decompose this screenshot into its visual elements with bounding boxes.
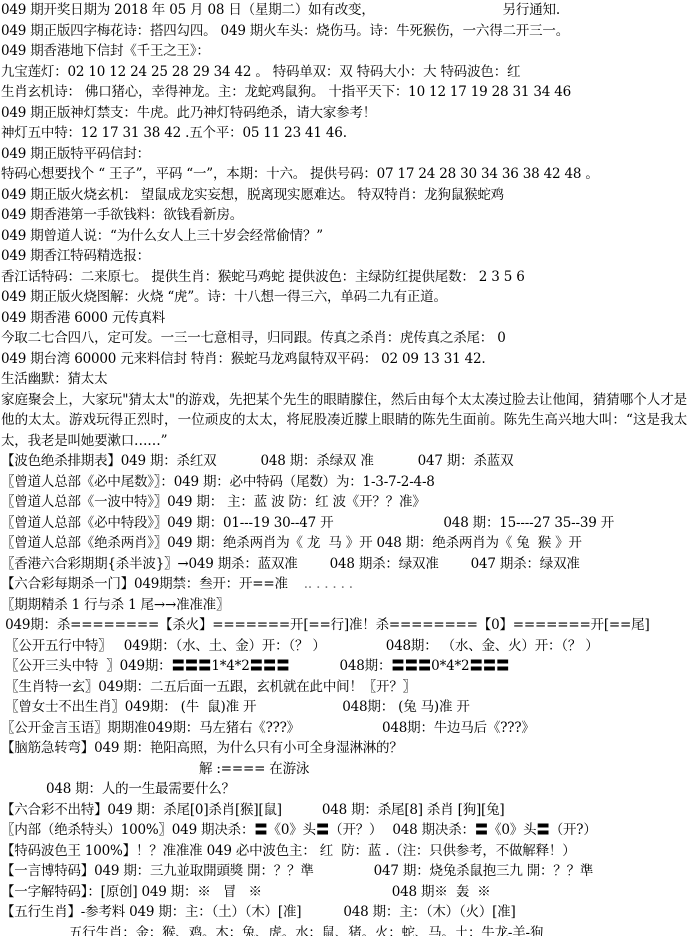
kill-one-door-line: 【六合彩每期杀一门】049期禁：叁开：开==准.. . . . . . [1,574,688,595]
three-heads-line: 〖公开三头中特 〗049期：〓〓〓1*4*2〓〓〓048期：〓〓〓0*4*2〓〓… [1,656,688,677]
inner-kill-049: 〖内部（绝杀特头）100%〗049 期决杀：〓《0》头〓（开？） [1,822,382,838]
one-wave-line: 〖曾道人总部《一波中特》〗049 期： 主：蓝 波 防：红 波《开？？准》 [1,492,688,513]
xiangjiang-title: 049 期香江特码精选报： [1,246,688,267]
joke-paragraph: 家庭聚会上，大家玩"猜太太"的游戏，先把某个先生的眼睛朦住，然后由每个太太凑过脸… [1,390,687,452]
brain-teaser-line: 【脑筋急转弯】049 期：艳阳高照，为什么只有小可全身湿淋淋的？ [1,738,688,759]
fax-line: 今取二七合四八，定可发。一三一七意相寻，归同跟。传真之杀肖：虎传真之杀尾： 0 [1,328,688,349]
one-char-049: 【一字解特码】：[原创] 049 期：※ 冒 ※ [1,884,262,900]
special-envelope-title: 049 期正版特平码信封： [1,144,688,165]
no-special-line: 【六合彩不出特】049 期：杀尾[0]杀肖[猴][鼠]048 期：杀尾[8] 杀… [1,800,688,821]
madam-zeng-048: 048期： (兔 马)准 开 [342,699,469,715]
draw-date-line: 049 期开奖日期为 2018 年 05 月 08 日（星期二）如有改变，另行通… [1,0,688,21]
special-segment-line: 〖曾道人总部《必中特段》〗049 期：01---19 30--47 开048 期… [1,513,688,534]
zodiac-mystery-line: 〖生肖特一玄〗049期：二五后面一五跟，玄机就在此中间！〖开？〗 [1,677,688,698]
one-word-047: 047 期：烧兔杀鼠抱三九 開：？？準 [374,863,594,879]
golden-words-049: 〖公开金言玉语〗期期准049期：马左猪右《???》 [1,720,300,736]
priest-says-line: 049 期曾道人说：“为什么女人上三十岁会经常偷情？” [1,226,688,247]
five-zodiac-legend: 五行生肖：金：猴、鸡。木：兔、虎。水：鼠、猪。火：蛇、马。土：牛龙-羊-狗 [1,923,688,936]
tail-number-line: 〖曾道人总部《必中尾数》〗：049 期：必中特码（尾数）为：1-3-7-2-4-… [1,472,688,493]
lottery-forecast-document: 049 期开奖日期为 2018 年 05 月 08 日（星期二）如有改变，另行通… [0,0,688,936]
inner-kill-048: 048 期决杀：〓《0》头〓（开?） [392,822,596,838]
fire-mystery-line: 049 期正版火烧玄机： 望鼠成龙实妄想，脱离现实愿难达。 特双特肖：龙狗鼠猴蛇… [1,185,688,206]
golden-words-048: 048期：牛边马后《???》 [382,720,535,736]
zodiac-poem-line: 生肖玄机诗： 佛口猪心，幸得神龙。主：龙蛇鸡鼠狗。 十指平天下：10 12 17… [1,82,688,103]
five-elements-049: 〖公开五行中特〗 049期：（水、土、金）开：（？ ） [1,638,326,654]
five-elements-048: 048期： （水、金、火）开：（？ ） [386,638,599,654]
draw-date-text: 049 期开奖日期为 2018 年 05 月 08 日（星期二）如有改变， [1,2,375,18]
madam-zeng-049: 〖曾女士不出生肖〗049期： (牛 鼠)准 开 [1,699,256,715]
wave-kill-048: 048 期：杀绿双 准 [260,453,373,469]
five-elements-line: 〖公开五行中特〗 049期：（水、土、金）开：（？ ）048期： （水、金、火）… [1,636,688,657]
hk-envelope-title: 049 期香港地下信封《千王之王》： [1,41,688,62]
xiangjiang-line: 香江话特码：二来原七。 提供生肖：猴蛇马鸡蛇 提供波色：主绿防红提供尾数： 2 … [1,267,688,288]
first-hand-line: 049 期香港第一手欲钱料：欲钱看新房。 [1,205,688,226]
lamp-five-line: 神灯五中特：12 17 31 38 42 .五个平：05 11 23 41 46… [1,123,688,144]
one-char-048: 048 期※ 轰 ※ [392,884,491,900]
half-wave-048: 048 期杀：绿双准 [330,556,439,572]
kill-door-text: 【六合彩每期杀一门】049期禁：叁开：开==准 [1,576,288,592]
golden-words-line: 〖公开金言玉语〗期期准049期：马左猪右《???》048期：牛边马后《???》 [1,718,688,739]
half-wave-049: 〖香港六合彩期期{杀半波}〗→049 期杀：蓝双准 [1,556,298,572]
five-zodiac-line: 【五行生肖】-参考料 049 期：主：（土）（木）[准]048 期：主：（木）（… [1,902,688,923]
wave-kill-049: 【波色绝杀排期表】049 期：杀红双 [1,453,216,469]
wave-kill-047: 047 期：杀蓝双 [418,453,514,469]
one-word-line: 【一言博特码】049 期：三九並取開頭獎 開：？？準047 期：烧兔杀鼠抱三九 … [1,861,688,882]
plum-poem-line: 049 期正版四字梅花诗：搭四勾四。 049 期火车头：烧伤马。诗：牛死猴伤，一… [1,21,688,42]
wave-king-line: 【特码波色王 100%】！？准准准 049 必中波色主： 红 防：蓝 .（注：只… [1,841,688,862]
segment-048: 048 期：15----27 35--39 开 [443,515,614,531]
dots: .. . . . . . [304,576,353,592]
kill-fire-line: 049期：杀========【杀火】=======开[==行]准！杀======… [1,615,688,636]
no-special-049: 【六合彩不出特】049 期：杀尾[0]杀肖[猴][鼠] [1,802,282,818]
madam-zeng-line: 〖曾女士不出生肖〗049期： (牛 鼠)准 开048期： (兔 马)准 开 [1,697,688,718]
kill-row-tail-title: 〖期期精杀 1 行与杀 1 尾→→准准准〗 [1,595,688,616]
humor-title: 生活幽默：猜太太 [1,369,688,390]
one-word-049: 【一言博特码】049 期：三九並取開頭獎 開：？？準 [1,863,314,879]
three-heads-048: 048期：〓〓〓0*4*2〓〓〓 [340,658,510,674]
lamp-forbid-line: 049 期正版神灯禁支：牛虎。此乃神灯特码绝杀，请大家参考！ [1,103,688,124]
prince-line: 特码心想要找个 “ 王子”，平码 “一”，本期：十六。 提供号码：07 17 2… [1,164,688,185]
one-char-line: 【一字解特码】：[原创] 049 期：※ 冒 ※048 期※ 轰 ※ [1,882,688,903]
no-special-048: 048 期：杀尾[8] 杀肖 [狗][兔] [322,802,505,818]
half-wave-047: 047 期杀：绿双准 [471,556,580,572]
five-zodiac-048: 048 期：主：（木）（火）[准] [343,904,515,920]
fax-title: 049 期香港 6000 元传真料 [1,308,688,329]
segment-049: 〖曾道人总部《必中特段》〗049 期：01---19 30--47 开 [1,515,333,531]
brain-teaser-048: 048 期：人的一生最需要什么？ [1,779,688,800]
nine-lamps-line: 九宝莲灯：02 10 12 24 25 28 29 34 42 。 特码单双：双… [1,62,688,83]
wave-kill-table: 【波色绝杀排期表】049 期：杀红双048 期：杀绿双 准047 期：杀蓝双 [1,451,688,472]
kill-two-zodiac-line: 〖曾道人总部《绝杀两肖》〗049 期：绝杀两肖为《 龙 马 》开 048 期：绝… [1,533,688,554]
half-wave-line: 〖香港六合彩期期{杀半波}〗→049 期杀：蓝双准048 期杀：绿双准047 期… [1,554,688,575]
fire-diagram-line: 049 期正版火烧图解：火烧 “虎”。诗：十八想一得三六，单码二九有正道。 [1,287,688,308]
notice-text: 另行通知. [503,2,560,18]
taiwan-envelope-line: 049 期台湾 60000 元来料信封 特肖：猴蛇马龙鸡鼠特双平码： 02 09… [1,349,688,370]
five-zodiac-049: 【五行生肖】-参考料 049 期：主：（土）（木）[准] [1,904,301,920]
brain-teaser-answer: 解 :==== 在游泳 [1,759,688,780]
inner-kill-head-line: 〖内部（绝杀特头）100%〗049 期决杀：〓《0》头〓（开？）048 期决杀：… [1,820,688,841]
three-heads-049: 〖公开三头中特 〗049期：〓〓〓1*4*2〓〓〓 [1,658,290,674]
